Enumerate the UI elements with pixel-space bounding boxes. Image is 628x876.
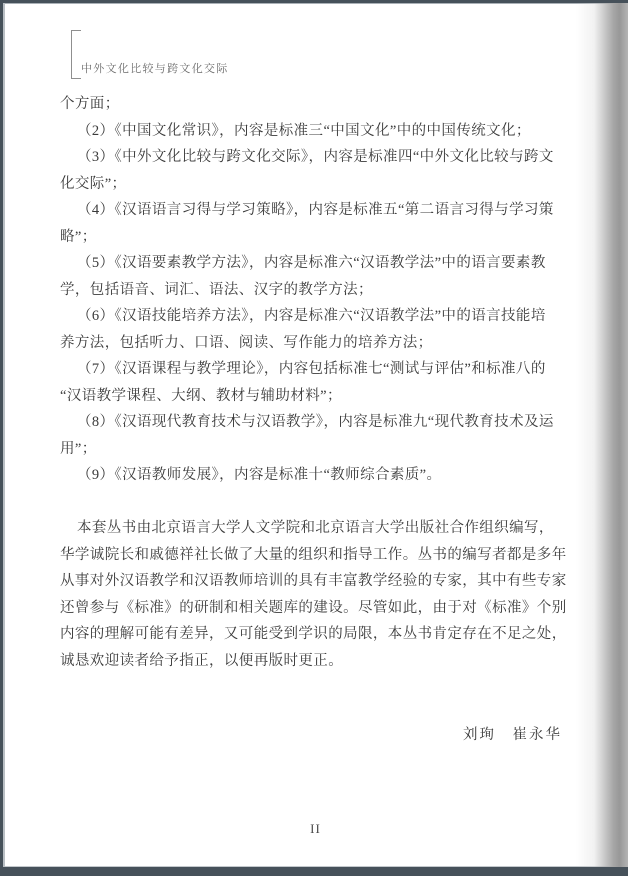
page: 中外文化比较与跨文化交际 个方面； （2）《中国文化常识》，内容是标准三“中国文… (3, 3, 628, 867)
blank-line (60, 489, 564, 516)
page-edge-shadow (576, 3, 628, 867)
body-line: 个方面； (60, 91, 564, 118)
body-line: 内容的理解可能有差异，又可能受到学识的局限，本丛书肯定存在不足之处， (60, 621, 564, 648)
body-line: 养方法，包括听力、口语、阅读、写作能力的培养方法； (60, 330, 564, 357)
header-bracket-mark (71, 30, 81, 79)
body-line: （7）《汉语课程与教学理论》，内容包括标准七“测试与评估”和标准八的 (60, 356, 564, 383)
body-line: （3）《中外文化比较与跨文化交际》，内容是标准四“中外文化比较与跨文 (60, 144, 564, 171)
page-number: II (3, 821, 628, 837)
body-line: 用”； (60, 436, 564, 463)
body-line: 还曾参与《标准》的研制和相关题库的建设。尽管如此，由于对《标准》个别 (60, 595, 564, 622)
running-header-title: 中外文化比较与跨文化交际 (81, 60, 229, 76)
body-line: （9）《汉语教师发展》，内容是标准十“教师综合素质”。 (60, 462, 564, 489)
body-line: 学，包括语音、词汇、语法、汉字的教学方法； (60, 277, 564, 304)
body-line: “汉语教学课程、大纲、教材与辅助材料”； (60, 383, 564, 410)
body-line: 诚恳欢迎读者给予指正，以便再版时更正。 (60, 648, 564, 675)
body-line: （5）《汉语要素教学方法》，内容是标准六“汉语教学法”中的语言要素教 (60, 250, 564, 277)
body-line: 华学诚院长和戚德祥社长做了大量的组织和指导工作。丛书的编写者都是多年 (60, 542, 564, 569)
signature-authors: 刘珣 崔永华 (463, 722, 562, 749)
body-line: 本套丛书由北京语言大学人文学院和北京语言大学出版社合作组织编写， (60, 515, 564, 542)
body-line: 略”； (60, 224, 564, 251)
body-line: 从事对外汉语教学和汉语教师培训的具有丰富教学经验的专家，其中有些专家 (60, 568, 564, 595)
scanned-book-page: 中外文化比较与跨文化交际 个方面； （2）《中国文化常识》，内容是标准三“中国文… (0, 0, 628, 876)
body-line: （2）《中国文化常识》，内容是标准三“中国文化”中的中国传统文化； (60, 118, 564, 145)
body-text: 个方面； （2）《中国文化常识》，内容是标准三“中国文化”中的中国传统文化； （… (60, 91, 564, 674)
body-line: （8）《汉语现代教育技术与汉语教学》，内容是标准九“现代教育技术及运 (60, 409, 564, 436)
body-line: 化交际”； (60, 171, 564, 198)
body-line: （6）《汉语技能培养方法》，内容是标准六“汉语教学法”中的语言技能培 (60, 303, 564, 330)
body-line: （4）《汉语语言习得与学习策略》，内容是标准五“第二语言习得与学习策 (60, 197, 564, 224)
